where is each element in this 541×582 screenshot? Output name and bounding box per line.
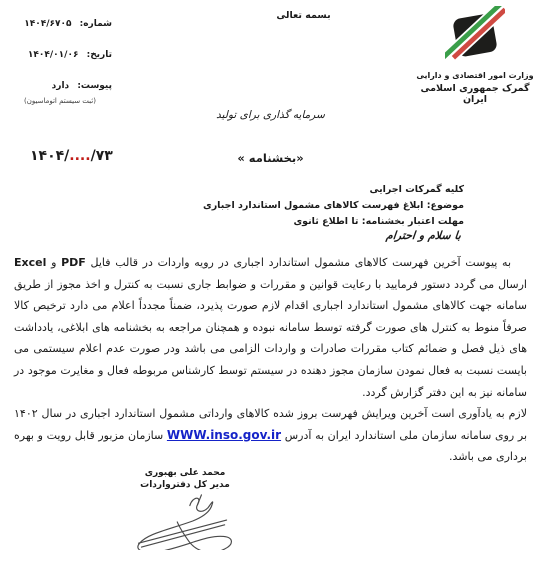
salutation-handwritten: با سلام و احترام (385, 229, 461, 242)
subject-line: موضوع: ابلاغ فهرست کالاهای مشمول استاندا… (203, 200, 464, 211)
ministry-name: وزارت امور اقتصادی و دارایی (415, 71, 535, 80)
circular-title: «بخشنامه » (0, 151, 541, 165)
attachment-label: پیوست: (77, 81, 112, 91)
body-p1-text-3: ارسال می گردد دستور فرمایید با رعایت قوا… (14, 278, 527, 399)
body-p1-text-1: به پیوست آخرین فهرست کالاهای مشمول استان… (86, 256, 511, 269)
body-p1-text-2: و (46, 256, 61, 269)
inso-website-link[interactable]: WWW.inso.gov.ir (167, 428, 281, 442)
date-label: تاریخ: (87, 50, 112, 60)
attachment-value: دارد (52, 81, 70, 91)
customs-name: گمرک جمهوری اسلامی ایران (415, 83, 535, 105)
customs-letterhead-block: وزارت امور اقتصادی و دارایی گمرک جمهوری … (415, 6, 535, 105)
recipient-line: کلیه گمرکات اجرایی (369, 184, 464, 195)
letter-date-row: تاریخ: ۱۴۰۴/۰۱/۰۶ (28, 50, 112, 60)
circular-letter-page: بسمه تعالی شماره: ۱۴۰۴/۶۷۰۵ تاریخ: ۱۴۰۴/… (0, 0, 541, 582)
signature-block: محمد علی بهبوری مدیر کل دفترواردات (115, 467, 255, 550)
body-paragraph-1: به پیوست آخرین فهرست کالاهای مشمول استان… (14, 252, 527, 403)
automation-note: (ثبت سیستم اتوماسیون) (24, 97, 96, 105)
letter-number-row: شماره: ۱۴۰۴/۶۷۰۵ (24, 19, 112, 29)
letter-body: به پیوست آخرین فهرست کالاهای مشمول استان… (14, 252, 527, 468)
slogan-text: سرمایه گذاری برای تولید (0, 109, 541, 121)
signer-title: مدیر کل دفترواردات (115, 479, 255, 491)
pdf-label: PDF (61, 256, 86, 269)
excel-label: Excel (14, 256, 46, 269)
body-paragraph-2: لازم به یادآوری است آخرین ویرایش فهرست ب… (14, 403, 527, 468)
signature-scribble-icon (124, 492, 246, 550)
signer-name: محمد علی بهبوری (115, 467, 255, 479)
letter-attachment-row: پیوست: دارد (52, 81, 112, 91)
date-value: ۱۴۰۴/۰۱/۰۶ (28, 50, 79, 60)
validity-line: مهلت اعتبار بخشنامه: تا اطلاع ثانوی (293, 216, 464, 227)
iran-customs-logo-icon (445, 6, 505, 68)
number-label: شماره: (80, 19, 112, 29)
number-value: ۱۴۰۴/۶۷۰۵ (24, 19, 71, 29)
